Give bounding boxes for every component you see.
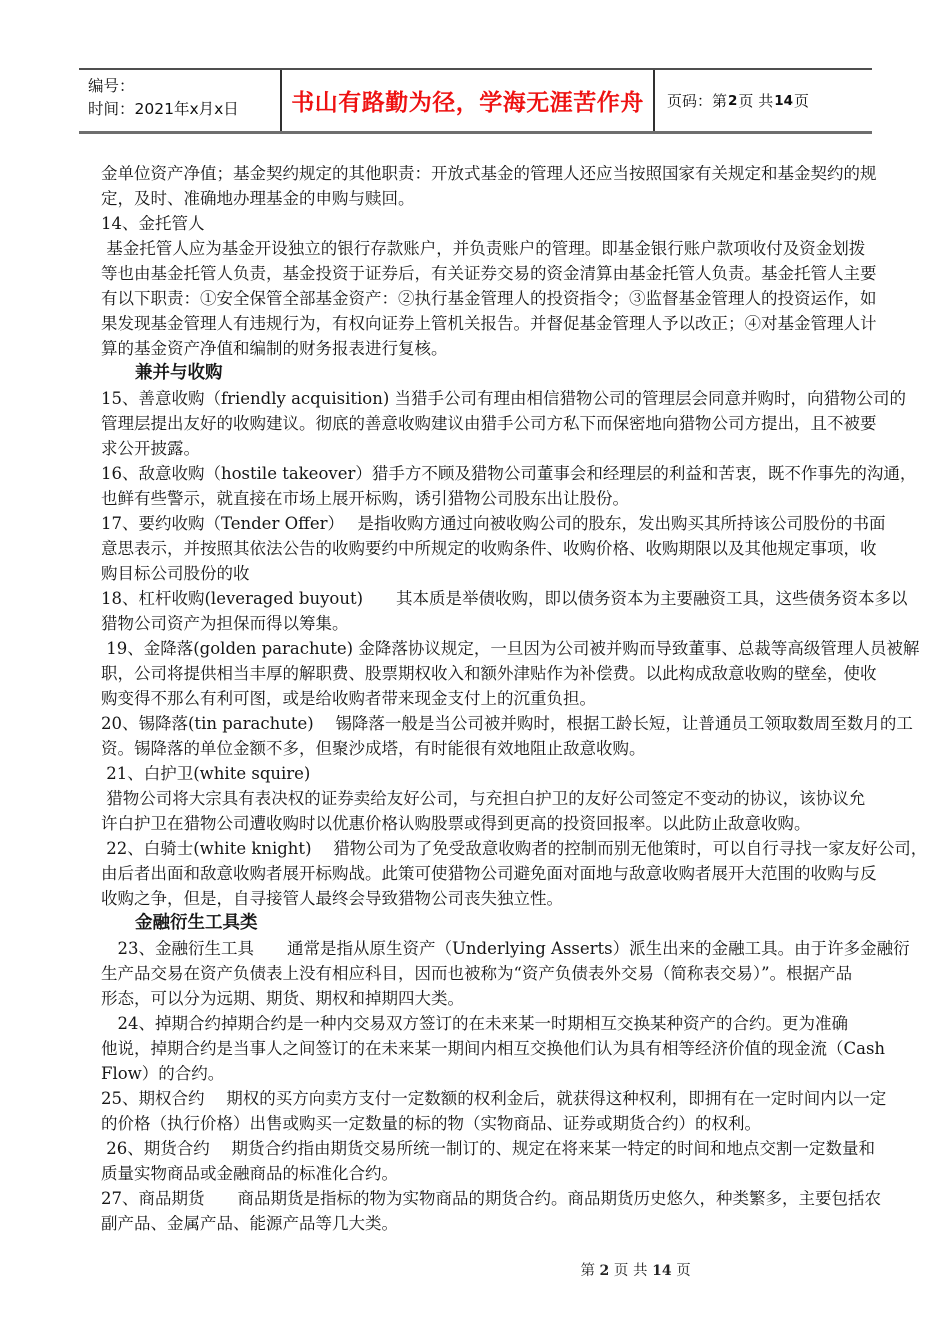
paragraph-item27: 27、商品期货 商品期货是指标的物为实物商品的期货合约。商品期货历史悠久，种类繁…: [101, 1186, 913, 1236]
paragraph-item20: 20、锡降落(tin parachute) 锡降落一般是当公司被并购时，根据工龄…: [101, 711, 913, 761]
header-cell-slogan: 书山有路勤为径，学海无涯苦作舟: [280, 70, 653, 131]
section-heading-mergers: 兼并与收购: [101, 361, 913, 386]
header-cell-page: 页码：第2页 共14页: [653, 70, 872, 131]
paragraph-item14-title: 14、金托管人: [101, 211, 913, 236]
slogan-text: 书山有路勤为径，学海无涯苦作舟: [291, 84, 644, 117]
footer-total-pages: 14: [652, 1263, 671, 1279]
page-indicator-mid: 页 共: [738, 90, 773, 111]
paragraph-item24: 24、掉期合约掉期合约是一种内交易双方签订的在未来某一时期相互交换某种资产的合约…: [101, 1011, 913, 1086]
paragraph-item16: 16、敌意收购（hostile takeover）猎手方不顾及猎物公司董事会和经…: [101, 461, 913, 511]
document-page: 编号： 时间：2021年x月x日 书山有路勤为径，学海无涯苦作舟 页码：第2页 …: [0, 0, 950, 1344]
paragraph-item21-body: 猎物公司将大宗具有表决权的证券卖给友好公司，与充担白护卫的友好公司签定不变动的协…: [101, 786, 913, 836]
paragraph-item14-body: 基金托管人应为基金开设独立的银行存款账户，并负责账户的管理。即基金银行账户款项收…: [101, 236, 913, 361]
paragraph-item22: 22、白骑士(white knight) 猎物公司为了免受敌意收购者的控制而别无…: [101, 836, 913, 911]
paragraph-intro: 金单位资产净值；基金契约规定的其他职责：开放式基金的管理人还应当按照国家有关规定…: [101, 161, 913, 211]
header-time-line: 时间：2021年x月x日: [88, 98, 280, 121]
paragraph-item15: 15、善意收购（friendly acquisition) 当猎手公司有理由相信…: [101, 386, 913, 461]
document-body: 金单位资产净值；基金契约规定的其他职责：开放式基金的管理人还应当按照国家有关规定…: [101, 161, 913, 1236]
paragraph-item21-title: 21、白护卫(white squire): [101, 761, 913, 786]
header-table: 编号： 时间：2021年x月x日 书山有路勤为径，学海无涯苦作舟 页码：第2页 …: [79, 68, 872, 134]
paragraph-item18: 18、杠杆收购(leveraged buyout) 其本质是举债收购，即以债务资…: [101, 586, 913, 636]
page-indicator-current: 2: [727, 93, 738, 109]
header-number-line: 编号：: [88, 75, 280, 98]
paragraph-item25: 25、期权合约 期权的买方向卖方支付一定数额的权利金后，就获得这种权利，即拥有在…: [101, 1086, 913, 1136]
footer-page-number: 第 2 页 共 14 页: [562, 1243, 691, 1296]
footer-mid: 页 共: [609, 1263, 652, 1279]
footer-prefix: 第: [580, 1263, 599, 1279]
footer-suffix: 页: [672, 1263, 691, 1279]
section-heading-derivatives: 金融衍生工具类: [101, 911, 913, 936]
page-indicator-prefix: 页码：第: [667, 90, 727, 111]
footer-current-page: 2: [600, 1263, 610, 1279]
header-cell-meta: 编号： 时间：2021年x月x日: [79, 70, 280, 131]
page-indicator-suffix: 页: [794, 90, 809, 111]
page-indicator-total: 14: [773, 93, 794, 109]
paragraph-item23: 23、金融衍生工具 通常是指从原生资产（Underlying Asserts）派…: [101, 936, 913, 1011]
paragraph-item26: 26、期货合约 期货合约指由期货交易所统一制订的、规定在将来某一特定的时间和地点…: [101, 1136, 913, 1186]
paragraph-item19: 19、金降落(golden parachute) 金降落协议规定，一旦因为公司被…: [101, 636, 913, 711]
paragraph-item17: 17、要约收购（Tender Offer） 是指收购方通过向被收购公司的股东，发…: [101, 511, 913, 586]
